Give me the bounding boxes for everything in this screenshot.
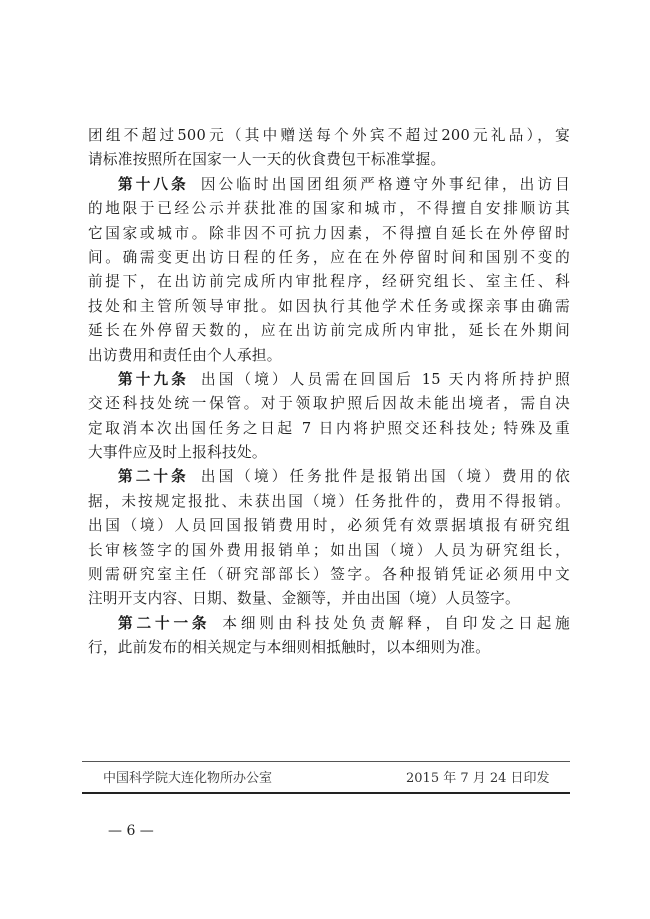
footer-bottom-rule <box>82 792 570 794</box>
text-line: 间。确需变更出访日程的任务，应在在外停留时间和国别不变的 <box>88 246 570 270</box>
text-line: 请标准按照所在国家一人一天的伙食费包干标准掌握。 <box>88 148 570 172</box>
article-heading: 第二十一条 <box>118 615 210 632</box>
text-line: 它国家或城市。除非因不可抗力因素，不得擅自延长在外停留时 <box>88 222 570 246</box>
text-line: 的地限于已经公示并获批准的国家和城市，不得擅自安排顺访其 <box>88 197 570 221</box>
text-line: 延长在外停留天数的，应在出访前完成所内审批，延长在外期间 <box>88 319 570 343</box>
text-line: 因公临时出国团组须严格遵守外事纪律，出访目 <box>201 176 570 193</box>
text-line: 大事件应及时上报科技处。 <box>88 441 570 465</box>
text-line: 定取消本次出国任务之日起 7 日内将护照交还科技处; 特殊及重 <box>88 417 570 441</box>
text-line: 出国（境）人员回国报销费用时，必须凭有效票据填报有研究组 <box>88 514 570 538</box>
page-number: — 6 — <box>108 823 154 839</box>
text-line: 出访费用和责任由个人承担。 <box>88 344 570 368</box>
text-line: 前提下，在出访前完成所内审批程序，经研究组长、室主任、科 <box>88 270 570 294</box>
text-line: 行，此前发布的相关规定与本细则相抵触时，以本细则为准。 <box>88 636 570 660</box>
text-line: 团组不超过500元（其中赠送每个外宾不超过200元礼品），宴 <box>88 124 570 148</box>
article-heading: 第十九条 <box>118 371 189 388</box>
article-21-first-line: 第二十一条本细则由科技处负责解释，自印发之日起施 <box>88 612 570 636</box>
text-line: 交还科技处统一保管。对于领取护照后因故未能出境者，需自决 <box>88 392 570 416</box>
footer-top-rule <box>82 761 570 762</box>
text-line: 据，未按规定报批、未获出国（境）任务批件的，费用不得报销。 <box>88 490 570 514</box>
document-page: 团组不超过500元（其中赠送每个外宾不超过200元礼品），宴 请标准按照所在国家… <box>0 0 650 919</box>
article-heading: 第二十条 <box>118 468 189 485</box>
article-19-first-line: 第十九条出国（境）人员需在回国后 15 天内将所持护照 <box>88 368 570 392</box>
footer-issuer: 中国科学院大连化物所办公室 <box>103 767 272 786</box>
text-line: 出国（境）任务批件是报销出国（境）费用的依 <box>201 468 570 485</box>
text-line: 长审核签字的国外费用报销单；如出国（境）人员为研究组长， <box>88 539 570 563</box>
text-line: 本细则由科技处负责解释，自印发之日起施 <box>222 615 570 632</box>
text-line: 则需研究室主任（研究部部长）签字。各种报销凭证必须用中文 <box>88 563 570 587</box>
article-18-first-line: 第十八条因公临时出国团组须严格遵守外事纪律，出访目 <box>88 173 570 197</box>
article-heading: 第十八条 <box>118 176 189 193</box>
text-line: 注明开支内容、日期、数量、金额等，并由出国（境）人员签字。 <box>88 587 570 611</box>
text-line: 技处和主管所领导审批。如因执行其他学术任务或探亲事由确需 <box>88 295 570 319</box>
footer-date: 2015 年 7 月 24 日印发 <box>406 767 550 786</box>
text-line: 出国（境）人员需在回国后 15 天内将所持护照 <box>201 371 570 388</box>
document-body: 团组不超过500元（其中赠送每个外宾不超过200元礼品），宴 请标准按照所在国家… <box>88 124 570 661</box>
article-20-first-line: 第二十条出国（境）任务批件是报销出国（境）费用的依 <box>88 465 570 489</box>
